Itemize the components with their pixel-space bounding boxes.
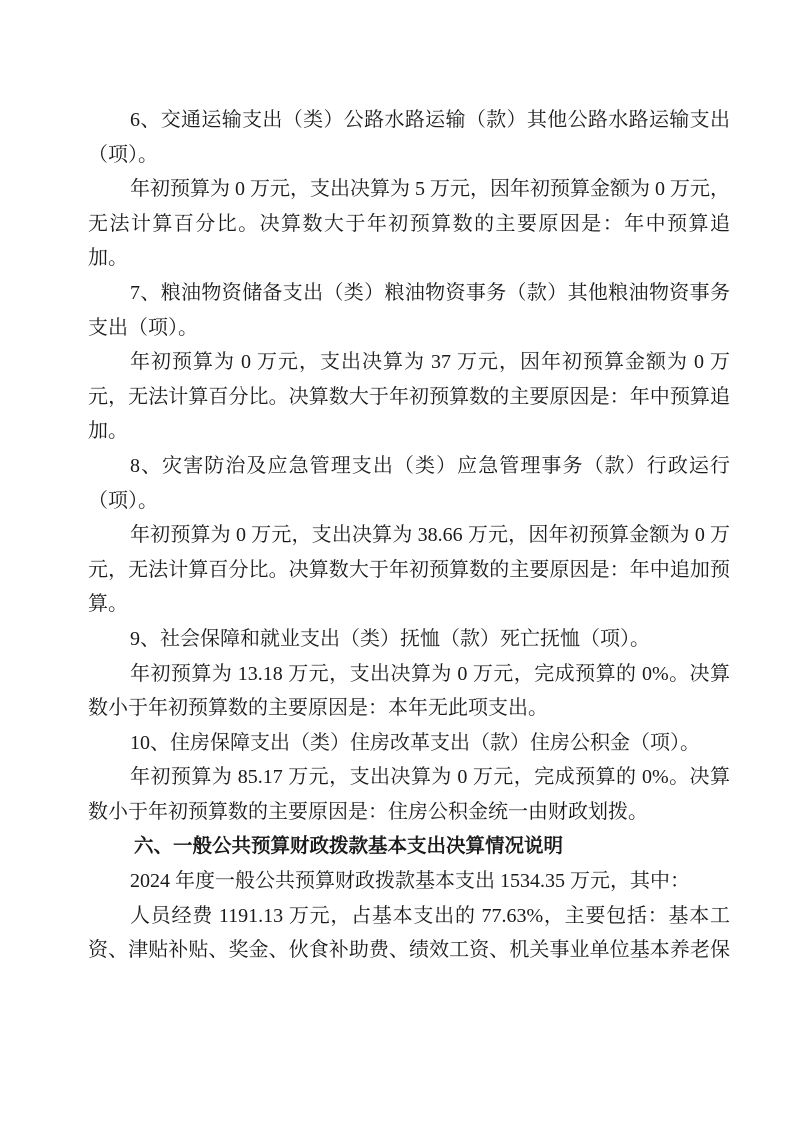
text-line: 年初预算为 85.17 万元，支出决算为 0 万元，完成预算的 0%。决算	[88, 760, 730, 795]
paragraph-item-6-explanation: 年初预算为 0 万元，支出决算为 5 万元，因年初预算金额为 0 万元，无法计算…	[88, 172, 730, 276]
text-line: 9、社会保障和就业支出（类）抚恤（款）死亡抚恤（项）。	[88, 622, 730, 657]
paragraph-basic-expenditure-total: 2024 年度一般公共预算财政拨款基本支出 1534.35 万元，其中：	[88, 864, 730, 899]
text-line: （项）。	[88, 484, 730, 519]
document-content: 6、交通运输支出（类）公路水路运输（款）其他公路水路运输支出（项）。年初预算为 …	[88, 103, 730, 968]
paragraph-item-8-explanation: 年初预算为 0 万元，支出决算为 38.66 万元，因年初预算金额为 0 万元，…	[88, 518, 730, 622]
paragraph-personnel-expense: 人员经费 1191.13 万元，占基本支出的 77.63%，主要包括：基本工资、…	[88, 899, 730, 968]
text-line: 数小于年初预算数的主要原因是：住房公积金统一由财政划拨。	[88, 795, 730, 830]
text-line: 元，无法计算百分比。决算数大于年初预算数的主要原因是：年中追加预	[88, 553, 730, 588]
text-line: 7、粮油物资储备支出（类）粮油物资事务（款）其他粮油物资事务	[88, 276, 730, 311]
section-heading-text: 六、一般公共预算财政拨款基本支出决算情况说明	[88, 829, 730, 864]
text-line: 算。	[88, 587, 730, 622]
text-line: 2024 年度一般公共预算财政拨款基本支出 1534.35 万元，其中：	[88, 864, 730, 899]
text-line: 6、交通运输支出（类）公路水路运输（款）其他公路水路运输支出	[88, 103, 730, 138]
text-line: 8、灾害防治及应急管理支出（类）应急管理事务（款）行政运行	[88, 449, 730, 484]
text-line: 人员经费 1191.13 万元，占基本支出的 77.63%，主要包括：基本工	[88, 899, 730, 934]
text-line: 数小于年初预算数的主要原因是：本年无此项支出。	[88, 691, 730, 726]
paragraph-item-10-explanation: 年初预算为 85.17 万元，支出决算为 0 万元，完成预算的 0%。决算数小于…	[88, 760, 730, 829]
paragraph-item-7-explanation: 年初预算为 0 万元，支出决算为 37 万元，因年初预算金额为 0 万元，无法计…	[88, 345, 730, 449]
text-line: 年初预算为 0 万元，支出决算为 5 万元，因年初预算金额为 0 万元，	[88, 172, 730, 207]
paragraph-item-6-title: 6、交通运输支出（类）公路水路运输（款）其他公路水路运输支出（项）。	[88, 103, 730, 172]
text-line: 年初预算为 0 万元，支出决算为 37 万元，因年初预算金额为 0 万	[88, 345, 730, 380]
text-line: 加。	[88, 414, 730, 449]
text-line: 无法计算百分比。决算数大于年初预算数的主要原因是：年中预算追	[88, 207, 730, 242]
text-line: 年初预算为 13.18 万元，支出决算为 0 万元，完成预算的 0%。决算	[88, 657, 730, 692]
paragraph-item-10-title: 10、住房保障支出（类）住房改革支出（款）住房公积金（项）。	[88, 726, 730, 761]
paragraph-item-9-explanation: 年初预算为 13.18 万元，支出决算为 0 万元，完成预算的 0%。决算数小于…	[88, 657, 730, 726]
text-line: 加。	[88, 241, 730, 276]
section-heading-basic-expenditure: 六、一般公共预算财政拨款基本支出决算情况说明	[88, 829, 730, 864]
text-line: 元，无法计算百分比。决算数大于年初预算数的主要原因是：年中预算追	[88, 380, 730, 415]
text-line: 资、津贴补贴、奖金、伙食补助费、绩效工资、机关事业单位基本养老保	[88, 933, 730, 968]
text-line: 支出（项）。	[88, 311, 730, 346]
paragraph-item-9-title: 9、社会保障和就业支出（类）抚恤（款）死亡抚恤（项）。	[88, 622, 730, 657]
paragraph-item-8-title: 8、灾害防治及应急管理支出（类）应急管理事务（款）行政运行（项）。	[88, 449, 730, 518]
text-line: 10、住房保障支出（类）住房改革支出（款）住房公积金（项）。	[88, 726, 730, 761]
text-line: （项）。	[88, 138, 730, 173]
document-page: 6、交通运输支出（类）公路水路运输（款）其他公路水路运输支出（项）。年初预算为 …	[0, 0, 793, 1122]
text-line: 年初预算为 0 万元，支出决算为 38.66 万元，因年初预算金额为 0 万	[88, 518, 730, 553]
paragraph-item-7-title: 7、粮油物资储备支出（类）粮油物资事务（款）其他粮油物资事务支出（项）。	[88, 276, 730, 345]
